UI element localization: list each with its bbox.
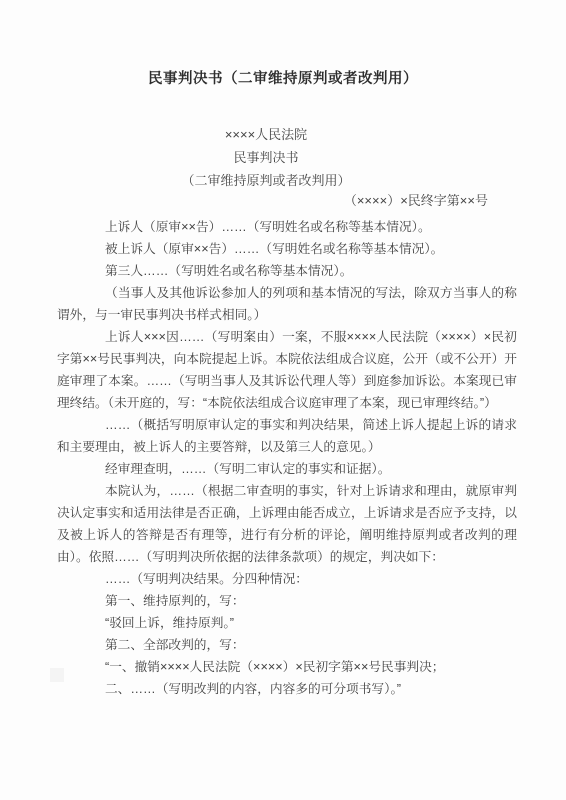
paragraph-case2-item2: 二、……（写明改判的内容，内容多的可分项书写）。”: [57, 678, 517, 700]
paragraph-appellee: 被上诉人（原审××告）……（写明姓名或名称等基本情况）。: [57, 238, 517, 260]
paragraph-parties-note: （当事人及其他诉讼参加人的列项和基本情况的写法，除双方当事人的称谓外，与一审民事…: [57, 282, 517, 326]
court-name-line: ××××人民法院: [0, 123, 549, 146]
paragraph-appeal-summary: ……（概括写明原审认定的事实和判决结果，简述上诉人提起上诉的请求和主要理由，被上…: [57, 414, 517, 458]
paragraph-facts-found: 经审理查明，……（写明二审认定的事实和证据）。: [57, 458, 517, 480]
case-number: （××××）×民终字第××号: [0, 192, 566, 210]
document-page: 民事判决书（二审维持原判或者改判用） ××××人民法院 民事判决书 （二审维持原…: [0, 0, 566, 800]
paragraph-case2-label: 第二、全部改判的，写：: [57, 634, 517, 656]
usage-note-line: （二审维持原判或者改判用）: [0, 169, 549, 192]
page-title: 民事判决书（二审维持原判或者改判用）: [0, 69, 566, 89]
paragraph-appellant: 上诉人（原审××告）……（写明姓名或名称等基本情况）。: [57, 216, 517, 238]
scan-artifact: [50, 668, 64, 682]
paragraph-result-intro: ……（写明判决结果。分四种情况：: [57, 568, 517, 590]
doc-type-line: 民事判决书: [0, 146, 549, 169]
document-heading-block: ××××人民法院 民事判决书 （二审维持原判或者改判用）: [0, 123, 549, 192]
paragraph-court-opinion: 本院认为，……（根据二审查明的事实，针对上诉请求和理由，就原审判决认定事实和适用…: [57, 480, 517, 568]
paragraph-case1-label: 第一、维持原判的，写：: [57, 590, 517, 612]
paragraph-case-intro: 上诉人×××因……（写明案由）一案，不服××××人民法院（××××）×民初字第×…: [57, 326, 517, 414]
paragraph-case2-item1: “一、撤销××××人民法院（××××）×民初字第××号民事判决；: [57, 656, 517, 678]
paragraph-third-party: 第三人……（写明姓名或名称等基本情况）。: [57, 260, 517, 282]
paragraph-case1-text: “驳回上诉，维持原判。”: [57, 612, 517, 634]
document-body: 上诉人（原审××告）……（写明姓名或名称等基本情况）。 被上诉人（原审××告）……: [57, 216, 517, 700]
